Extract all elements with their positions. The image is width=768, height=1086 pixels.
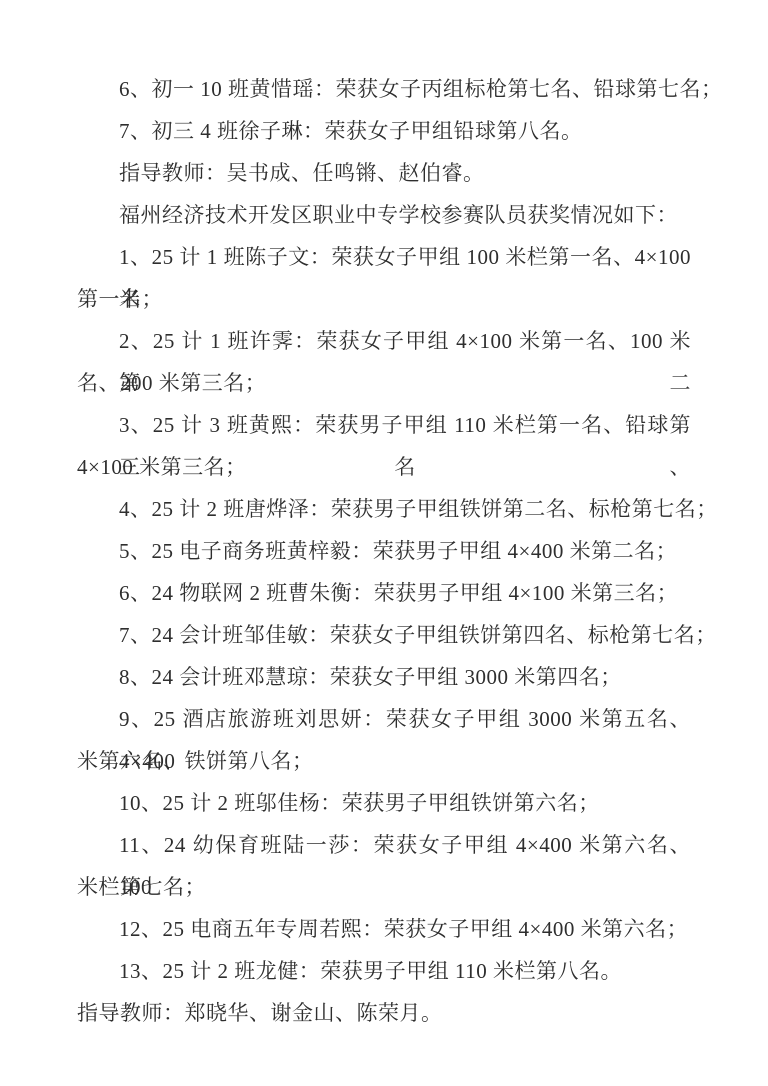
document-line: 米第六名、铁饼第八名； <box>77 740 691 782</box>
document-line: 9、25 酒店旅游班刘思妍：荣获女子甲组 3000 米第五名、4×400 <box>77 698 691 740</box>
document-line: 11、24 幼保育班陆一莎：荣获女子甲组 4×400 米第六名、100 <box>77 824 691 866</box>
document-line: 2、25 计 1 班许霁：荣获女子甲组 4×100 米第一名、100 米第二 <box>77 320 691 362</box>
document-line: 7、初三 4 班徐子琳：荣获女子甲组铅球第八名。 <box>77 110 691 152</box>
document-line: 1、25 计 1 班陈子文：荣获女子甲组 100 米栏第一名、4×100 米 <box>77 236 691 278</box>
document-line: 第一名； <box>77 278 691 320</box>
document-line: 6、24 物联网 2 班曹朱衡：荣获男子甲组 4×100 米第三名； <box>77 572 691 614</box>
document-line: 13、25 计 2 班龙健：荣获男子甲组 110 米栏第八名。 <box>77 950 691 992</box>
document-line: 8、24 会计班邓慧琼：荣获女子甲组 3000 米第四名； <box>77 656 691 698</box>
document-line: 10、25 计 2 班邬佳杨：荣获男子甲组铁饼第六名； <box>77 782 691 824</box>
document-line: 米栏第七名； <box>77 866 691 908</box>
document-line: 指导教师：郑晓华、谢金山、陈荣月。 <box>77 992 691 1034</box>
document-line: 指导教师：吴书成、任鸣锵、赵伯睿。 <box>77 152 691 194</box>
document-line: 5、25 电子商务班黄梓毅：荣获男子甲组 4×400 米第二名； <box>77 530 691 572</box>
document-line: 12、25 电商五年专周若熙：荣获女子甲组 4×400 米第六名； <box>77 908 691 950</box>
document-line: 4、25 计 2 班唐烨泽：荣获男子甲组铁饼第二名、标枪第七名； <box>77 488 691 530</box>
document-line: 3、25 计 3 班黄熙：荣获男子甲组 110 米栏第一名、铅球第三名、 <box>77 404 691 446</box>
document-content: 6、初一 10 班黄惜瑶：荣获女子丙组标枪第七名、铅球第七名；7、初三 4 班徐… <box>77 68 691 1034</box>
document-line: 6、初一 10 班黄惜瑶：荣获女子丙组标枪第七名、铅球第七名； <box>77 68 691 110</box>
document-page: 6、初一 10 班黄惜瑶：荣获女子丙组标枪第七名、铅球第七名；7、初三 4 班徐… <box>0 0 768 1086</box>
document-line: 7、24 会计班邹佳敏：荣获女子甲组铁饼第四名、标枪第七名； <box>77 614 691 656</box>
document-line: 福州经济技术开发区职业中专学校参赛队员获奖情况如下： <box>77 194 691 236</box>
